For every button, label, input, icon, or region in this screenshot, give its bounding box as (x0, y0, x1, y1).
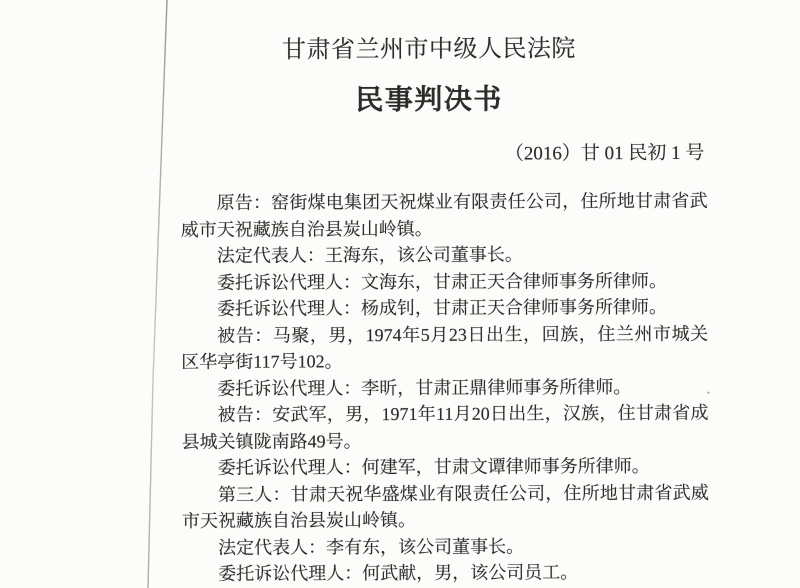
paragraph-defendant-1: 被告：马聚，男，1974年5月23日出生，回族，住兰州市城关区华亭街117号10… (181, 320, 708, 375)
paragraph-plaintiff: 原告：窑街煤电集团天祝煤业有限责任公司，住所地甘肃省武威市天祝藏族自治县炭山岭镇… (181, 188, 708, 243)
paragraph-plaintiff-agent-1: 委托诉讼代理人：文海东，甘肃正天合律师事务所律师。 (181, 267, 708, 296)
paragraph-third-party-legal-representative: 法定代表人：李有东，该公司董事长。 (182, 532, 709, 561)
scanned-judgment-page: 甘肃省兰州市中级人民法院 民事判决书 （2016）甘 01 民初 1 号 原告：… (0, 0, 800, 588)
paragraph-third-party: 第三人：甘肃天祝华盛煤业有限责任公司，住所地甘肃省武威市天祝藏族自治县炭山岭镇。 (182, 479, 709, 534)
paragraph-defendant-1-agent: 委托诉讼代理人：李昕，甘肃正鼎律师事务所律师。 (181, 373, 708, 402)
paragraph-plaintiff-agent-2: 委托诉讼代理人：杨成钊，甘肃正天合律师事务所律师。 (181, 294, 708, 323)
paragraph-third-party-agent: 委托诉讼代理人：何武献，男，该公司员工。 (182, 559, 709, 588)
document-title: 民事判决书 (150, 77, 708, 119)
paragraph-plaintiff-legal-representative: 法定代表人：王海东，该公司董事长。 (181, 241, 708, 270)
paragraph-defendant-2-agent: 委托诉讼代理人：何建军，甘肃文谭律师事务所律师。 (182, 453, 709, 482)
scan-speck (707, 392, 709, 394)
document-content: 甘肃省兰州市中级人民法院 民事判决书 （2016）甘 01 民初 1 号 原告：… (0, 0, 800, 588)
judgment-body: 原告：窑街煤电集团天祝煤业有限责任公司，住所地甘肃省武威市天祝藏族自治县炭山岭镇… (181, 188, 710, 588)
case-number: （2016）甘 01 民初 1 号 (180, 138, 704, 167)
paragraph-defendant-2: 被告：安武军，男，1971年11月20日出生，汉族，住甘肃省成县城关镇陇南路49… (181, 400, 708, 455)
court-name-heading: 甘肃省兰州市中级人民法院 (150, 28, 708, 65)
